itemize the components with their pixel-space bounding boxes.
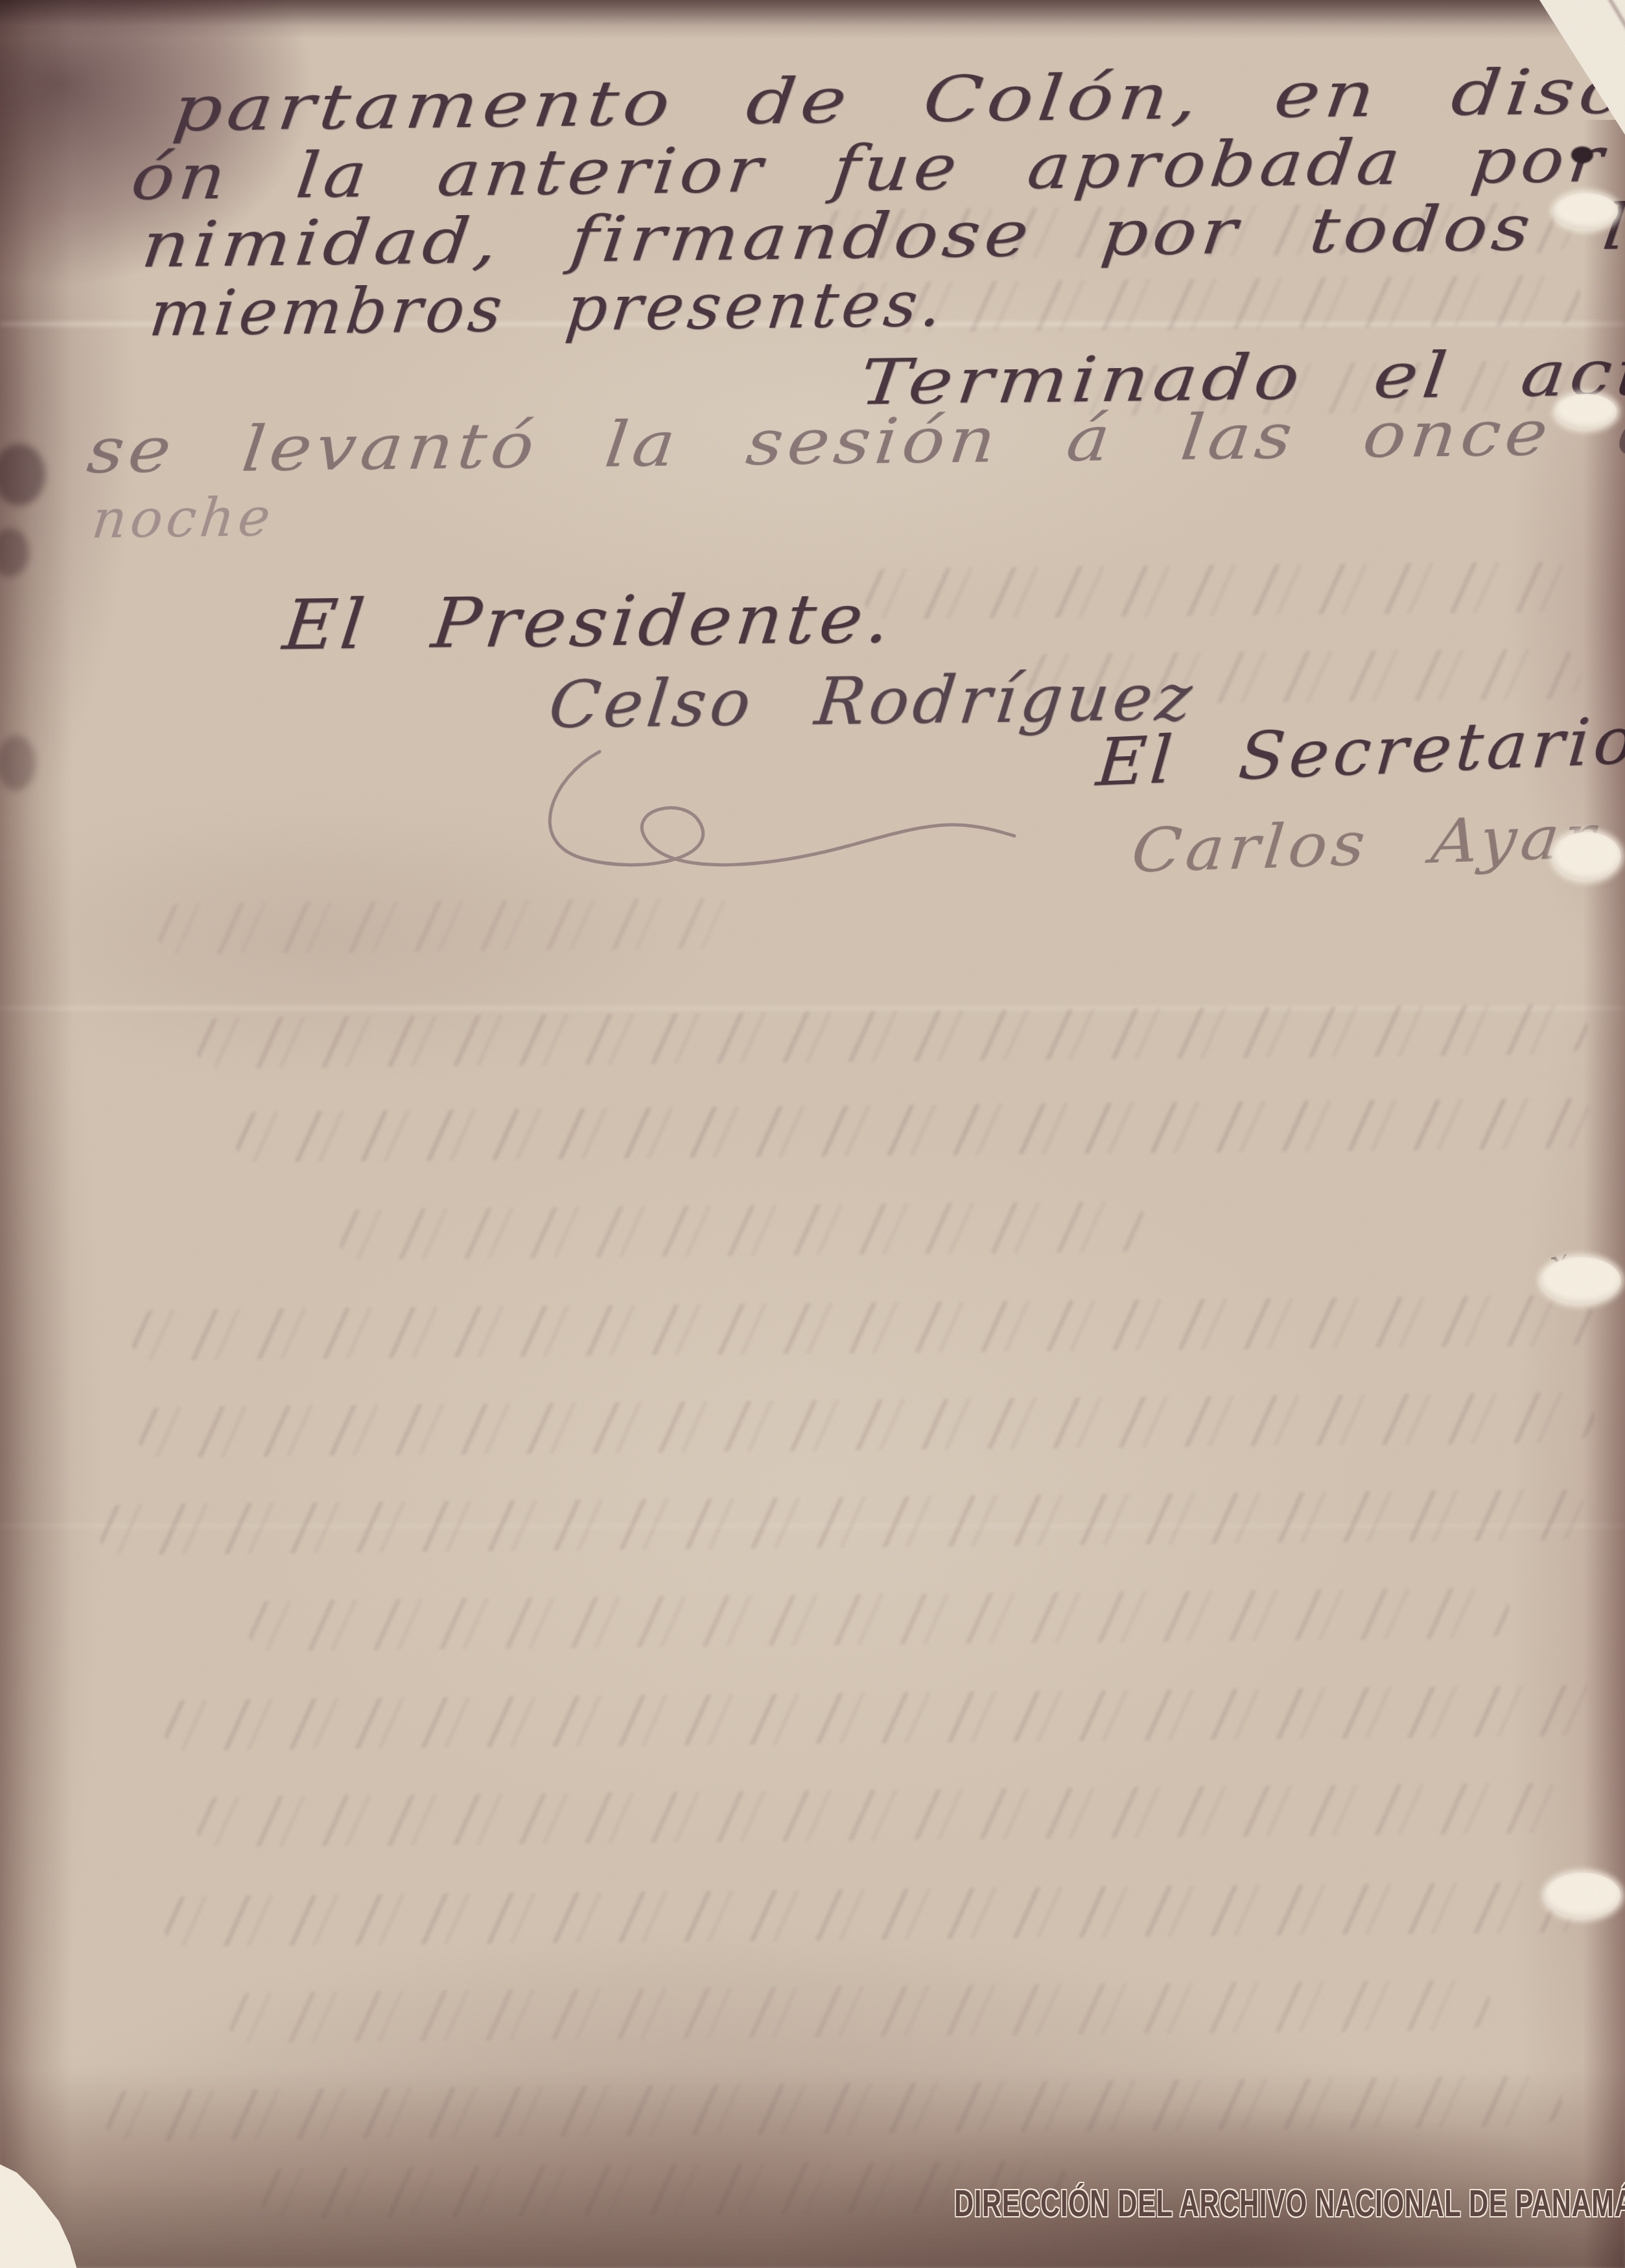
paper-grain-texture bbox=[0, 0, 1625, 2268]
manuscript-paper: partamento de Colón, en discusi ón la an… bbox=[0, 0, 1625, 2268]
scanned-document-page: partamento de Colón, en discusi ón la an… bbox=[0, 0, 1625, 2268]
